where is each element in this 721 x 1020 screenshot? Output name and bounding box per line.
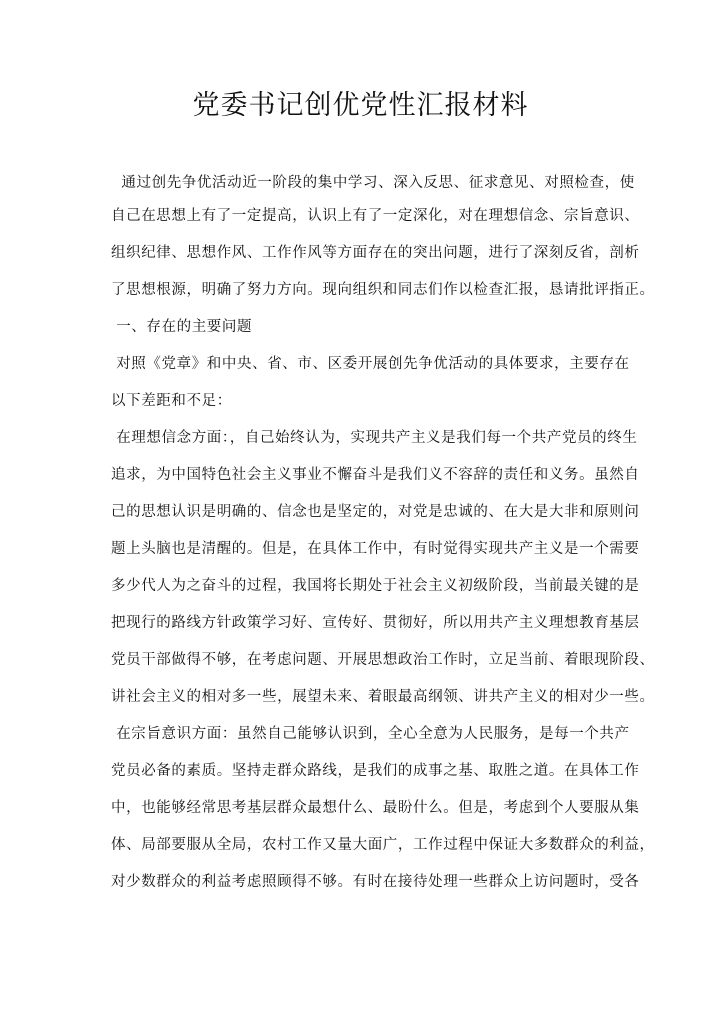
text-line: 追求，为中国特色社会主义事业不懈奋斗是我们义不容辞的责任和义务。虽然自 [111, 465, 611, 485]
text-line: 以下差距和不足： [111, 391, 611, 411]
text-line: 题上头脑也是清醒的。但是，在具体工作中，有时觉得实现共产主义是一个需要 [111, 539, 611, 559]
text-line: 把现行的路线方针政策学习好、宣传好、贯彻好，所以用共产主义理想教育基层 [111, 613, 611, 633]
text-line: 组织纪律、思想作风、工作作风等方面存在的突出问题，进行了深刻反省，剖析 [111, 243, 611, 263]
document-title: 党委书记创优党性汇报材料 [0, 88, 721, 124]
text-line: 一、存在的主要问题 [111, 317, 611, 337]
document-page: 党委书记创优党性汇报材料 通过创先争优活动近一阶段的集中学习、深入反思、征求意见… [0, 0, 721, 1020]
text-line: 对少数群众的利益考虑照顾得不够。有时在接待处理一些群众上访问题时，受各 [111, 872, 611, 892]
text-line: 了思想根源，明确了努力方向。现向组织和同志们作以检查汇报，恳请批评指正。 [111, 280, 611, 300]
text-line: 对照《党章》和中央、省、市、区委开展创先争优活动的具体要求，主要存在 [111, 354, 611, 374]
text-line: 中，也能够经常思考基层群众最想什么、最盼什么。但是，考虑到个人要服从集 [111, 798, 611, 818]
text-line: 在理想信念方面：，自己始终认为，实现共产主义是我们每一个共产党员的终生 [111, 428, 611, 448]
text-line: 通过创先争优活动近一阶段的集中学习、深入反思、征求意见、对照检查，使 [111, 173, 611, 193]
text-line: 多少代人为之奋斗的过程，我国将长期处于社会主义初级阶段，当前最关键的是 [111, 576, 611, 596]
text-line: 党员必备的素质。坚持走群众路线，是我们的成事之基、取胜之道。在具体工作 [111, 761, 611, 781]
text-line: 党员干部做得不够，在考虑问题、开展思想政治工作时，立足当前、着眼现阶段、 [111, 650, 611, 670]
text-line: 自己在思想上有了一定提高，认识上有了一定深化，对在理想信念、宗旨意识、 [111, 206, 611, 226]
text-line: 讲社会主义的相对多一些，展望未来、着眼最高纲领、讲共产主义的相对少一些。 [111, 687, 611, 707]
text-line: 在宗旨意识方面：虽然自己能够认识到，全心全意为人民服务，是每一个共产 [111, 724, 611, 744]
text-line: 体、局部要服从全局，农村工作又量大面广，工作过程中保证大多数群众的利益， [111, 835, 611, 855]
text-line: 己的思想认识是明确的、信念也是坚定的，对党是忠诚的、在大是大非和原则问 [111, 502, 611, 522]
